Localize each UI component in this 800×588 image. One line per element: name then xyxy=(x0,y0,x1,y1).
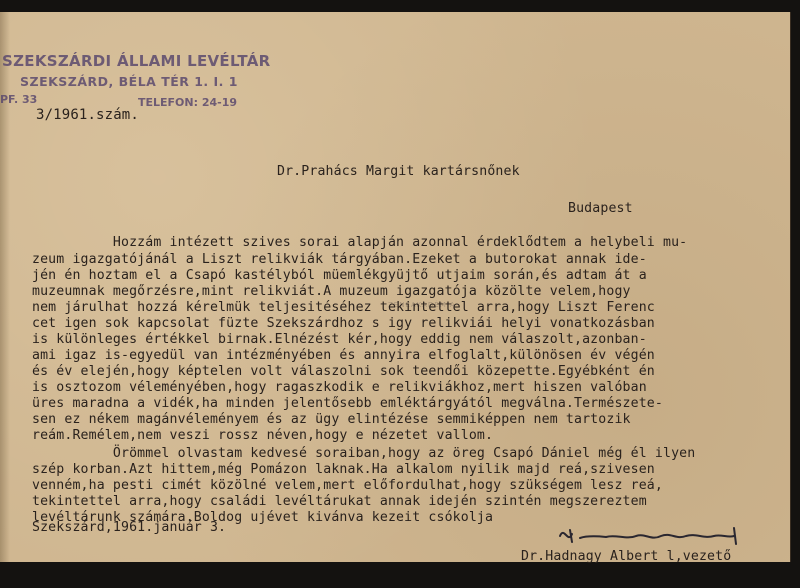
letterhead-phone: TELEFON: 24-19 xyxy=(138,96,237,109)
body-line: tekintettel arra,hogy családi levéltáruk… xyxy=(32,494,647,509)
body-line: üres maradna a vidék,ha minden jelentőse… xyxy=(32,396,663,411)
body-line: is különleges értékkel birnak.Elnézést k… xyxy=(32,332,647,347)
body-line: és év elején,hogy képtelen volt válaszol… xyxy=(32,364,655,379)
handwritten-signature xyxy=(556,522,786,548)
signatory-name: Dr.Hadnagy Albert l,vezető xyxy=(521,549,731,564)
body-line: venném,ha pesti cimét közölné velem,mert… xyxy=(32,478,663,493)
letterhead-address: SZEKSZÁRD, BÉLA TÉR 1. I. 1 xyxy=(20,74,238,89)
body-line: ami igaz is-egyedül van intézményében és… xyxy=(32,348,655,363)
letterhead-institution: SZEKSZÁRDI ÁLLAMI LEVÉLTÁR xyxy=(2,52,270,70)
body-line: zeum igazgatójánál a Liszt relikviák tár… xyxy=(32,252,647,267)
recipient-name: Dr.Prahács Margit kartársnőnek xyxy=(277,164,520,179)
recipient-city: Budapest xyxy=(568,201,633,216)
date-line: Szekszárd,1961.január 3. xyxy=(32,520,226,535)
body-line: muzeumnak megőrzésre,mint relikviát.A mu… xyxy=(32,284,631,299)
letterhead-po-box: PF. 33 xyxy=(0,93,37,106)
body-line: is osztozom véleményében,hogy ragaszkodi… xyxy=(32,380,647,395)
body-line: reám.Remélem,nem veszi rossz néven,hogy … xyxy=(32,428,493,443)
body-line: cet igen sok kapcsolat füzte Szekszárdho… xyxy=(32,316,655,331)
reference-number: 3/1961.szám. xyxy=(36,107,139,123)
body-line: Örömmel olvastam kedvesé soraiban,hogy a… xyxy=(32,446,695,461)
body-line: jén én hoztam el a Csapó kastélyból müem… xyxy=(32,268,647,283)
body-line: Hozzám intézett szives sorai alapján azo… xyxy=(32,235,687,250)
body-line: sen ez nékem magánvéleményem és az ügy e… xyxy=(32,412,631,427)
body-line: szép korban.Azt hittem,még Pomázon lakna… xyxy=(32,462,655,477)
letter-page: SZEKSZÁRDI ÁLLAMI LEVÉLTÁR SZEKSZÁRD, BÉ… xyxy=(0,12,791,562)
body-line: nem járulhat hozzá kérelmük teljesitéséh… xyxy=(32,300,655,315)
